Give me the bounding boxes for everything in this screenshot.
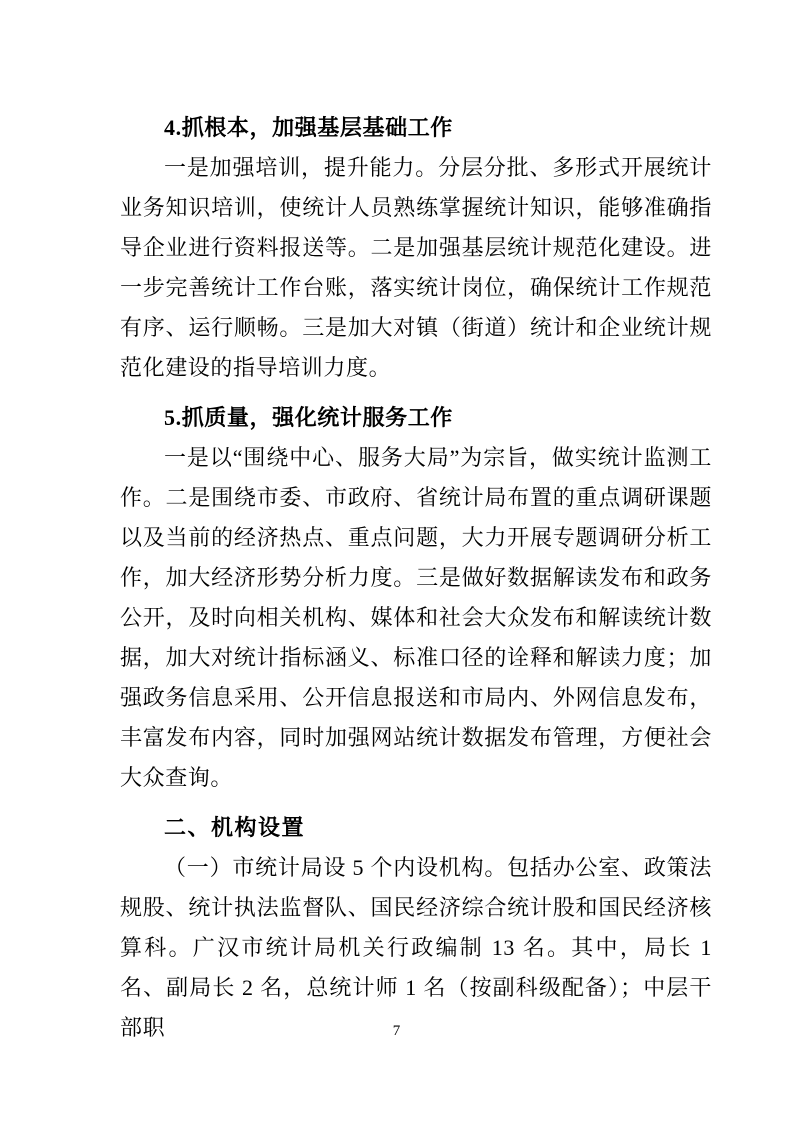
section-heading-5: 5.抓质量，强化统计服务工作 — [120, 398, 712, 438]
paragraph-organization: （一）市统计局设 5 个内设机构。包括办公室、政策法规股、统计执法监督队、国民经… — [120, 848, 712, 1048]
document-page: 4.抓根本，加强基层基础工作 一是加强培训，提升能力。分层分批、多形式开展统计业… — [0, 0, 793, 1122]
paragraph-section-5: 一是以“围绕中心、服务大局”为宗旨，做实统计监测工作。二是围绕市委、市政府、省统… — [120, 438, 712, 798]
section-heading-4: 4.抓根本，加强基层基础工作 — [120, 108, 712, 148]
chapter-heading-organization: 二、机构设置 — [120, 808, 712, 848]
page-number: 7 — [0, 1020, 793, 1042]
content-area: 4.抓根本，加强基层基础工作 一是加强培训，提升能力。分层分批、多形式开展统计业… — [120, 108, 712, 1048]
paragraph-section-4: 一是加强培训，提升能力。分层分批、多形式开展统计业务知识培训，使统计人员熟练掌握… — [120, 148, 712, 388]
